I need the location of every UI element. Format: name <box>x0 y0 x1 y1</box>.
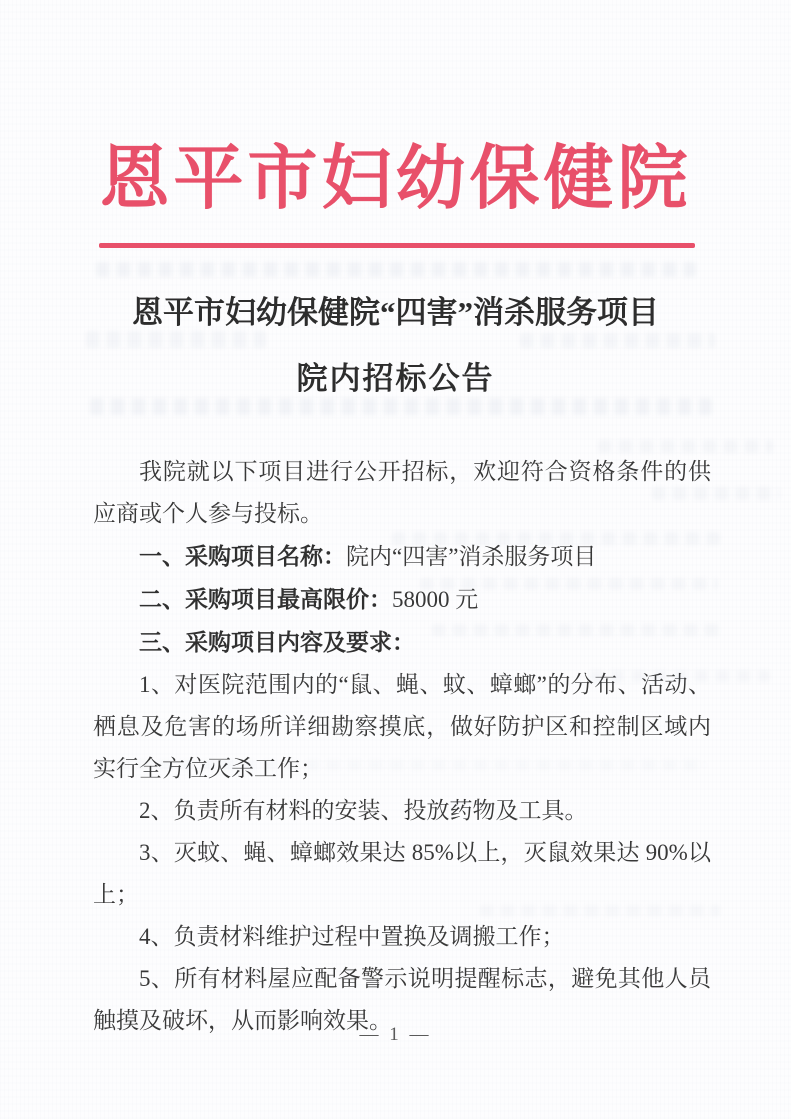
document-title-line1: 恩平市妇幼保健院“四害”消杀服务项目 <box>0 293 791 333</box>
clause-label: 二、采购项目最高限价： <box>139 586 392 612</box>
letterhead-title: 恩平市妇幼保健院 <box>0 134 791 225</box>
clause-text: 3、灭蚊、蝇、蟑螂效果达 85%以上，灭鼠效果达 90%以上； <box>93 840 711 907</box>
clause-label: 三、采购项目内容及要求： <box>139 629 415 655</box>
clause-text: 2、负责所有材料的安装、投放药物及工具。 <box>139 798 588 823</box>
paragraph: 三、采购项目内容及要求： <box>93 621 711 664</box>
clause-text: 1、对医院范围内的“鼠、蝇、蚊、蟑螂”的分布、活动、栖息及危害的场所详细勘察摸底… <box>93 672 711 781</box>
paragraph: 3、灭蚊、蝇、蟑螂效果达 85%以上，灭鼠效果达 90%以上； <box>93 832 711 916</box>
clause-text: 我院就以下项目进行公开招标，欢迎符合资格条件的供应商或个人参与投标。 <box>93 459 711 526</box>
document-body: 我院就以下项目进行公开招标，欢迎符合资格条件的供应商或个人参与投标。一、采购项目… <box>93 451 711 1042</box>
letterhead-rule-divider <box>99 243 695 248</box>
paragraph: 2、负责所有材料的安装、投放药物及工具。 <box>93 790 711 832</box>
clause-label: 一、采购项目名称： <box>139 543 346 569</box>
clause-text: 58000 元 <box>392 587 478 612</box>
paragraph: 4、负责材料维护过程中置换及调搬工作； <box>93 916 711 958</box>
scanned-document-page: 恩平市妇幼保健院 恩平市妇幼保健院“四害”消杀服务项目 院内招标公告 我院就以下… <box>0 0 791 1119</box>
bleed-through-artifact <box>96 262 696 277</box>
paragraph: 一、采购项目名称：院内“四害”消杀服务项目 <box>93 535 711 578</box>
bleed-through-artifact <box>90 398 712 415</box>
paragraph: 二、采购项目最高限价：58000 元 <box>93 578 711 621</box>
paragraph: 1、对医院范围内的“鼠、蝇、蚊、蟑螂”的分布、活动、栖息及危害的场所详细勘察摸底… <box>93 664 711 790</box>
clause-text: 5、所有材料屋应配备警示说明提醒标志，避免其他人员触摸及破坏，从而影响效果。 <box>93 966 711 1033</box>
paragraph: 我院就以下项目进行公开招标，欢迎符合资格条件的供应商或个人参与投标。 <box>93 451 711 535</box>
clause-text: 院内“四害”消杀服务项目 <box>346 544 596 569</box>
page-number: — 1 — <box>0 1024 791 1046</box>
document-title: 恩平市妇幼保健院“四害”消杀服务项目 院内招标公告 <box>0 293 791 399</box>
document-title-line2: 院内招标公告 <box>0 359 791 399</box>
clause-text: 4、负责材料维护过程中置换及调搬工作； <box>139 924 565 949</box>
